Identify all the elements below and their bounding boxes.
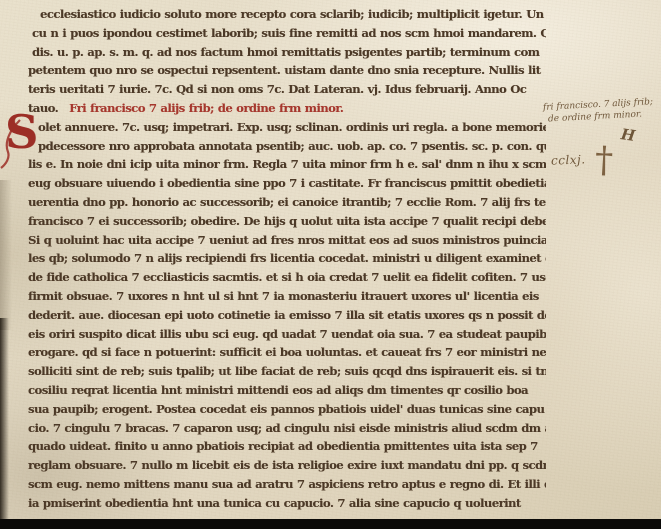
text-line: eis oriri suspito dicat illis ubu sci eu… bbox=[28, 325, 546, 344]
text-line: quado uideat. finito u anno pbatiois rec… bbox=[28, 437, 546, 456]
text-line: firmit obsuae. 7 uxores n hnt ul si hnt … bbox=[28, 287, 546, 306]
text-line: reglam obsuare. 7 nullo m licebit eis de… bbox=[28, 456, 546, 475]
bottom-black-bar bbox=[0, 519, 661, 529]
text-line: dederit. aue. diocesan epi uoto cotineti… bbox=[28, 306, 546, 325]
text-line: cu n i puos ipondou cestimet laborib; su… bbox=[32, 24, 546, 43]
text-line: pdecessore nro approbata annotata psenti… bbox=[38, 137, 546, 156]
text-line: teris ueritati 7 iurie. 7c. Qd si non om… bbox=[28, 80, 546, 99]
margin-cross-mark: † bbox=[594, 140, 613, 182]
text-line: scm eug. nemo mittens manu sua ad aratru… bbox=[28, 475, 546, 494]
initial-flourish bbox=[0, 118, 22, 170]
left-edge-shadow-dark bbox=[0, 318, 9, 519]
text-line: uerentia dno pp. honorio ac successorib;… bbox=[28, 193, 546, 212]
text-line: cio. 7 cingulu 7 bracas. 7 caparon usq; … bbox=[28, 419, 546, 438]
text-line: Si q uoluint hac uita accipe 7 ueniut ad… bbox=[28, 231, 546, 250]
text-line: olet annuere. 7c. usq; impetrari. Exp. u… bbox=[38, 118, 546, 137]
margin-paraph-mark: H bbox=[620, 125, 637, 145]
text-line: les qb; solumodo 7 n alijs recipiendi fr… bbox=[28, 249, 546, 268]
text-line: solliciti sint de reb; suis tpalib; ut l… bbox=[28, 362, 546, 381]
text-line: erogare. qd si face n potuerint: suffici… bbox=[28, 343, 546, 362]
text-line: ecclesiastico iudicio soluto more recept… bbox=[40, 5, 546, 24]
text-line: cosiliu reqrat licentia hnt ministri mit… bbox=[28, 381, 546, 400]
text-line: lis e. In noie dni icip uita minor frm. … bbox=[28, 155, 546, 174]
text-line: francisco 7 ei successorib; obedire. De … bbox=[28, 212, 546, 231]
text-line: sua paupib; erogent. Postea cocedat eis … bbox=[28, 400, 546, 419]
text-line: de fide catholica 7 eccliasticis sacmtis… bbox=[28, 268, 546, 287]
text-line: ia pmiserint obedientia hnt una tunica c… bbox=[28, 494, 546, 513]
text-line: eug obsuare uiuendo i obedientia sine pp… bbox=[28, 174, 546, 193]
rubric-text: Fri francisco 7 alijs frib; de ordine fr… bbox=[69, 101, 343, 115]
margin-folio-number: cclxj. bbox=[551, 152, 586, 167]
left-edge-shadow-soft bbox=[0, 180, 12, 330]
text-block: ecclesiastico iudicio soluto more recept… bbox=[28, 5, 546, 513]
text-line: dis. u. p. ap. s. m. q. ad nos factum hm… bbox=[32, 43, 546, 62]
rubric-line: tauo. Fri francisco 7 alijs frib; de ord… bbox=[28, 99, 546, 118]
text-line: petentem quo nro se ospectui repsentent.… bbox=[28, 61, 546, 80]
manuscript-page: ecclesiastico iudicio soluto more recept… bbox=[0, 0, 661, 529]
